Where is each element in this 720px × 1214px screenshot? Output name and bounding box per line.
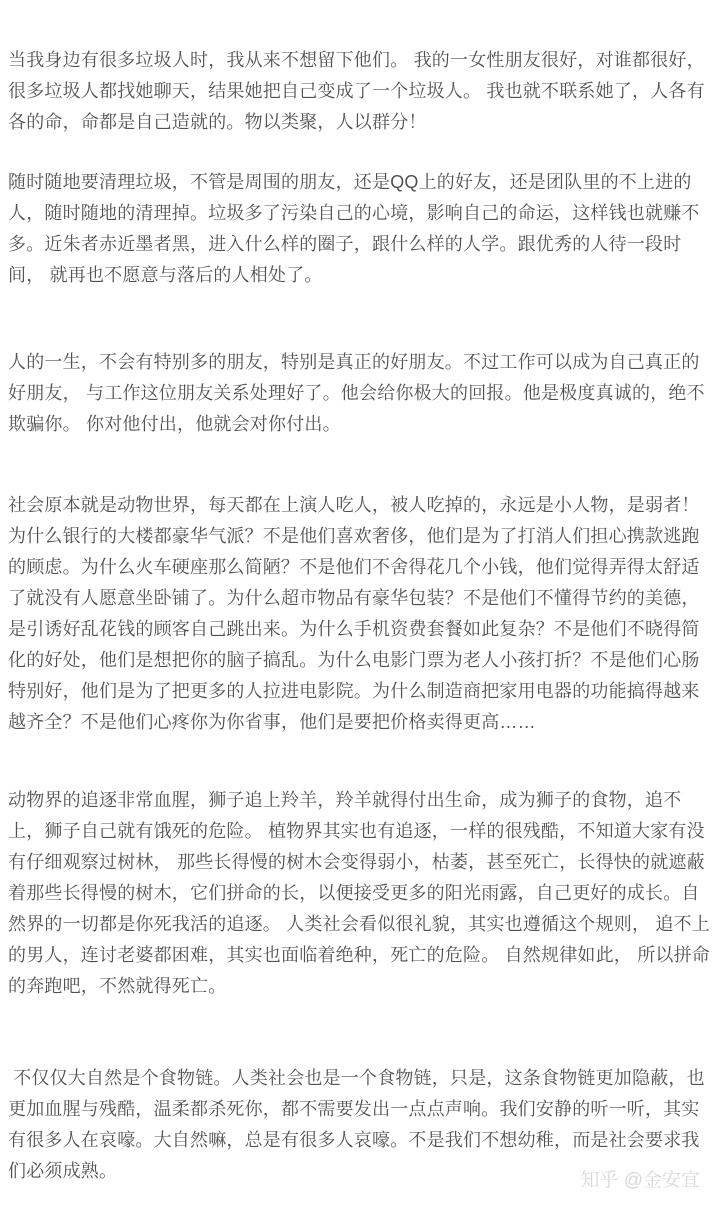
- paragraph-3: 人的一生，不会有特别多的朋友，特别是真正的好朋友。不过工作可以成为自己真正的好朋…: [8, 347, 710, 440]
- paragraph-2: 随时随地要清理垃圾，不管是周围的朋友，还是QQ上的好友，还是团队里的不上进的人，…: [8, 167, 710, 291]
- zhihu-author-watermark: 知乎 @金安宜: [580, 1168, 700, 1194]
- paragraph-4: 社会原本就是动物世界，每天都在上演人吃人，被人吃掉的，永远是小人物，是弱者！为什…: [8, 490, 710, 738]
- paragraph-1: 当我身边有很多垃圾人时，我从来不想留下他们。 我的一女性朋友很好，对谁都很好，很…: [8, 45, 710, 138]
- article-body: 当我身边有很多垃圾人时，我从来不想留下他们。 我的一女性朋友很好，对谁都很好，很…: [0, 0, 720, 1187]
- paragraph-5: 动物界的追逐非常血腥，狮子追上羚羊，羚羊就得付出生命，成为狮子的食物，追不上，狮…: [8, 785, 710, 1002]
